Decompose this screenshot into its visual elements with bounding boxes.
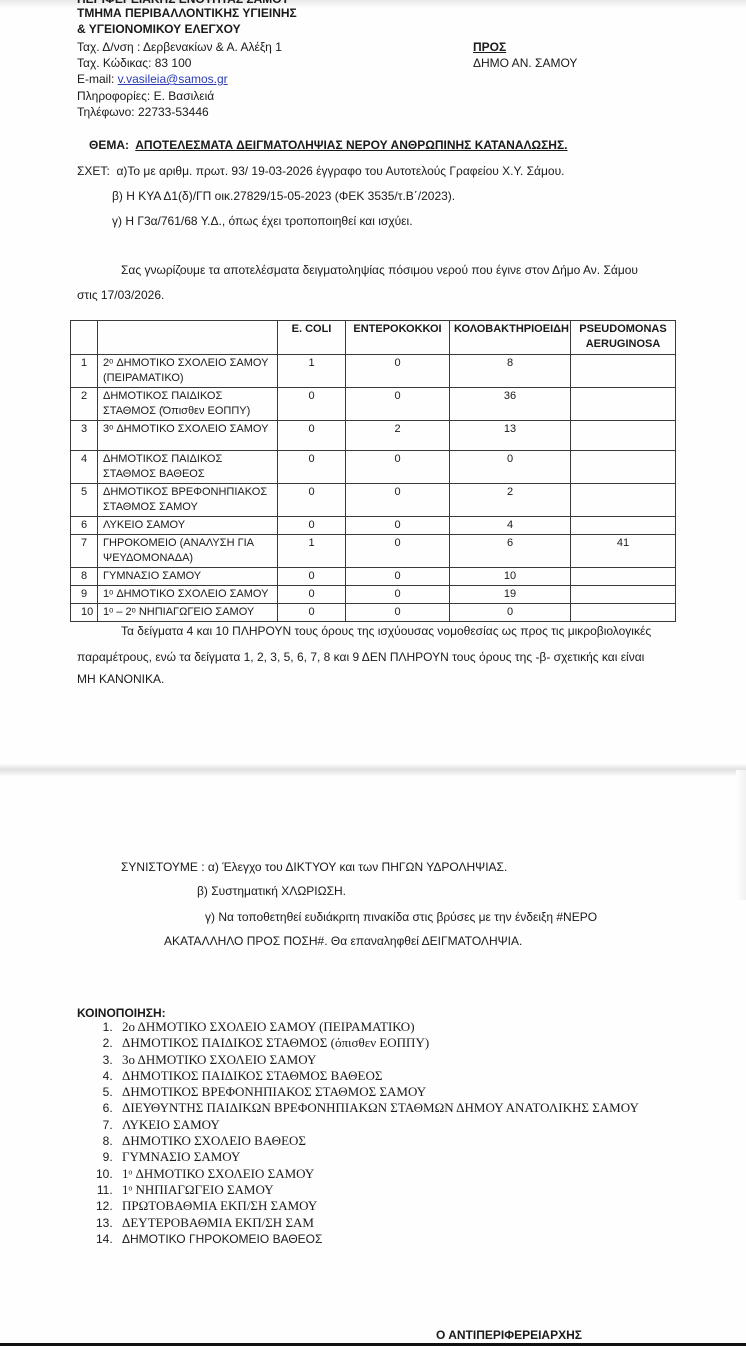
site-name: ΓΗΡΟΚΟΜΕΙΟ (ΑΝΑΛΥΣΗ ΓΙΑ ΨΕΥΔΟΜΟΝΑΔΑ) [98,535,278,568]
distribution-item: ΔΗΜΟΤΙΚΟΣ ΠΑΙΔΙΚΟΣ ΣΤΑΘΜΟΣ ΒΑΘΕΟΣ [116,1068,639,1084]
recommendation-c-line-1: γ) Να τοποθετηθεί ευδιάκριτη πινακίδα στ… [205,909,675,925]
ecoli-value: 0 [278,517,346,535]
ecoli-value: 1 [278,355,346,388]
enterococci-value: 0 [346,355,450,388]
email-link[interactable]: v.vasileia@samos.gr [118,72,228,86]
email-label: E-mail: [77,72,118,86]
coliforms-value: 4 [450,517,571,535]
department-line-2: & ΥΓΕΙΟΝΟΜΙΚΟΥ ΕΛΕΓΧΟΥ [77,21,241,37]
sender-info: Πληροφορίες: Ε. Βασιλειά [77,88,214,104]
enterococci-value: 0 [346,451,450,484]
enterococci-value: 0 [346,517,450,535]
row-number: 8 [71,568,98,586]
coliforms-value: 0 [450,604,571,622]
coliforms-value: 0 [450,451,571,484]
distribution-list: 2ο ΔΗΜΟΤΙΚΟ ΣΧΟΛΕΙΟ ΣΑΜΟΥ (ΠΕΙΡΑΜΑΤΙΚΟ)Δ… [88,1019,639,1247]
ecoli-value: 0 [278,586,346,604]
department-line-1: ΤΜΗΜΑ ΠΕΡΙΒΑΛΛΟΝΤΙΚΗΣ ΥΓΙΕΙΝΗΣ [77,5,297,21]
distribution-item: ΠΡΩΤΟΒΑΘΜΙΑ ΕΚΠ/ΣΗ ΣΑΜΟΥ [116,1198,639,1214]
row-number: 2 [71,388,98,421]
site-name: ΔΗΜΟΤΙΚΟΣ ΠΑΙΔΙΚΟΣ ΣΤΑΘΜΟΣ (Όπισθεν ΕΟΠΠ… [98,388,278,421]
pseudomonas-value [571,604,676,622]
row-number: 1 [71,355,98,388]
sender-address: Ταχ. Δ/νση : Δερβενακίων & Α. Αλέξη 1 [77,39,282,55]
table-row: 33ᵒ ΔΗΜΟΤΙΚΟ ΣΧΟΛΕΙΟ ΣΑΜΟΥ0213 [71,421,676,451]
reference-c: γ) Η Γ3α/761/68 Υ.Δ., όπως έχει τροποποι… [112,213,413,229]
distribution-item: ΓΥΜΝΑΣΙΟ ΣΑΜΟΥ [116,1149,639,1165]
distribution-item: ΔΗΜΟΤΙΚΟ ΣΧΟΛΕΙΟ ΒΑΘΕΟΣ [116,1133,639,1149]
ecoli-value: 1 [278,535,346,568]
ecoli-value: 0 [278,484,346,517]
recommendations-label: ΣΥΝΙΣΤΟΥΜΕ : [121,860,205,874]
row-number: 10 [71,604,98,622]
conclusion-line-3: ΜΗ ΚΑΝΟΝΙΚΑ. [77,671,164,687]
recipient-label: ΠΡΟΣ [473,39,506,55]
distribution-item: 1ᵒ ΔΗΜΟΤΙΚΟ ΣΧΟΛΕΙΟ ΣΑΜΟΥ [116,1166,639,1182]
ecoli-value: 0 [278,568,346,586]
col-header-pseudomonas: PSEUDOMONAS AERUGINOSA [571,321,676,355]
ecoli-value: 0 [278,451,346,484]
table-row: 101ᵒ – 2ᵒ ΝΗΠΙΑΓΩΓΕΙΟ ΣΑΜΟΥ000 [71,604,676,622]
distribution-item: ΔΗΜΟΤΙΚΟ ΓΗΡΟΚΟΜΕΙΟ ΒΑΘΕΟΣ [116,1231,639,1247]
table-row: 2ΔΗΜΟΤΙΚΟΣ ΠΑΙΔΙΚΟΣ ΣΤΑΘΜΟΣ (Όπισθεν ΕΟΠ… [71,388,676,421]
enterococci-value: 0 [346,388,450,421]
enterococci-value: 0 [346,484,450,517]
coliforms-value: 10 [450,568,571,586]
enterococci-value: 0 [346,568,450,586]
coliforms-value: 6 [450,535,571,568]
col-header-index [71,321,98,355]
pseudomonas-value [571,421,676,451]
signature-title: Ο ΑΝΤΙΠΕΡΙΦΕΡΕΙΑΡΧΗΣ [436,1327,582,1343]
sender-postcode: Ταχ. Κώδικας: 83 100 [77,55,191,71]
site-name: 2ᵒ ΔΗΜΟΤΙΚΟ ΣΧΟΛΕΙΟ ΣΑΜΟΥ (ΠΕΙΡΑΜΑΤΙΚΟ) [98,355,278,388]
subject-text: ΑΠΟΤΕΛΕΣΜΑΤΑ ΔΕΙΓΜΑΤΟΛΗΨΙΑΣ ΝΕΡΟΥ ΑΝΘΡΩΠ… [135,138,567,152]
distribution-item: 1ᵒ ΝΗΠΙΑΓΩΓΕΙΟ ΣΑΜΟΥ [116,1182,639,1198]
coliforms-value: 2 [450,484,571,517]
coliforms-value: 19 [450,586,571,604]
row-number: 3 [71,421,98,451]
coliforms-value: 13 [450,421,571,451]
pseudomonas-value [571,355,676,388]
page-edge-shadow [736,770,746,900]
ecoli-value: 0 [278,604,346,622]
row-number: 9 [71,586,98,604]
row-number: 5 [71,484,98,517]
site-name: ΛΥΚΕΙΟ ΣΑΜΟΥ [98,517,278,535]
subject-label: ΘΕΜΑ: [89,138,129,152]
ecoli-value: 0 [278,388,346,421]
distribution-item: 2ο ΔΗΜΟΤΙΚΟ ΣΧΟΛΕΙΟ ΣΑΜΟΥ (ΠΕΙΡΑΜΑΤΙΚΟ) [116,1019,639,1035]
enterococci-value: 2 [346,421,450,451]
recommendation-b: β) Συστηματική ΧΛΩΡΙΩΣΗ. [197,883,346,899]
reference-b: β) Η ΚΥΑ Δ1(δ)/ΓΠ οικ.27829/15-05-2023 (… [112,188,455,204]
pseudomonas-value [571,586,676,604]
reference-a: α)Το με αριθμ. πρωτ. 93/ 19-03-2026 έγγρ… [116,164,564,178]
coliforms-value: 36 [450,388,571,421]
pseudomonas-value [571,568,676,586]
site-name: 1ᵒ ΔΗΜΟΤΙΚΟ ΣΧΟΛΕΙΟ ΣΑΜΟΥ [98,586,278,604]
recipient-name: ΔΗΜΟ ΑΝ. ΣΑΜΟΥ [473,55,577,71]
table-row: 7ΓΗΡΟΚΟΜΕΙΟ (ΑΝΑΛΥΣΗ ΓΙΑ ΨΕΥΔΟΜΟΝΑΔΑ)106… [71,535,676,568]
row-number: 7 [71,535,98,568]
conclusion-line-2: παραμέτρους, ενώ τα δείγματα 1, 2, 3, 5,… [77,649,644,665]
table-row: 6ΛΥΚΕΙΟ ΣΑΜΟΥ004 [71,517,676,535]
col-header-site [98,321,278,355]
intro-line-2: στις 17/03/2026. [77,287,164,303]
enterococci-value: 0 [346,604,450,622]
pseudomonas-value: 41 [571,535,676,568]
table-row: 12ᵒ ΔΗΜΟΤΙΚΟ ΣΧΟΛΕΙΟ ΣΑΜΟΥ (ΠΕΙΡΑΜΑΤΙΚΟ)… [71,355,676,388]
conclusion-line-1: Τα δείγματα 4 και 10 ΠΛΗΡΟΥΝ τους όρους … [121,623,651,639]
references-label: ΣΧΕΤ: [77,164,110,178]
distribution-item: ΔΕΥΤΕΡΟΒΑΘΜΙΑ ΕΚΠ/ΣΗ ΣΑΜ [116,1215,639,1231]
sender-phone: Τηλέφωνο: 22733-53446 [77,104,209,120]
site-name: ΓΥΜΝΑΣΙΟ ΣΑΜΟΥ [98,568,278,586]
table-header-row: E. COLI ΕΝΤΕΡΟΚΟΚΚΟΙ ΚΟΛΟΒΑΚΤΗΡΙΟΕΙΔΗ PS… [71,321,676,355]
recommendation-c-line-2: ΑΚΑΤΑΛΛΗΛΟ ΠΡΟΣ ΠΟΣΗ#. Θα επαναληφθεί ΔΕ… [164,933,522,949]
recommendation-a-row: ΣΥΝΙΣΤΟΥΜΕ : α) Έλεγχο του ΔΙΚΤΥΟΥ και τ… [121,859,507,875]
pseudomonas-value [571,484,676,517]
row-number: 4 [71,451,98,484]
page-break [0,764,746,776]
pseudomonas-value [571,388,676,421]
distribution-item: 3ο ΔΗΜΟΤΙΚΟ ΣΧΟΛΕΙΟ ΣΑΜΟΥ [116,1052,639,1068]
col-header-coliforms: ΚΟΛΟΒΑΚΤΗΡΙΟΕΙΔΗ [450,321,571,355]
table-row: 91ᵒ ΔΗΜΟΤΙΚΟ ΣΧΟΛΕΙΟ ΣΑΜΟΥ0019 [71,586,676,604]
table-row: 4ΔΗΜΟΤΙΚΟΣ ΠΑΙΔΙΚΟΣ ΣΤΑΘΜΟΣ ΒΑΘΕΟΣ000 [71,451,676,484]
distribution-item: ΛΥΚΕΙΟ ΣΑΜΟΥ [116,1117,639,1133]
table-row: 5ΔΗΜΟΤΙΚΟΣ ΒΡΕΦΟΝΗΠΙΑΚΟΣ ΣΤΑΘΜΟΣ ΣΑΜΟΥ00… [71,484,676,517]
enterococci-value: 0 [346,535,450,568]
row-number: 6 [71,517,98,535]
reference-a-row: ΣΧΕΤ: α)Το με αριθμ. πρωτ. 93/ 19-03-202… [77,163,564,179]
enterococci-value: 0 [346,586,450,604]
coliforms-value: 8 [450,355,571,388]
subject-line: ΘΕΜΑ: ΑΠΟΤΕΛΕΣΜΑΤΑ ΔΕΙΓΜΑΤΟΛΗΨΙΑΣ ΝΕΡΟΥ … [89,137,568,153]
recommendation-a: α) Έλεγχο του ΔΙΚΤΥΟΥ και των ΠΗΓΩΝ ΥΔΡΟ… [208,860,507,874]
sender-email-row: E-mail: v.vasileia@samos.gr [77,71,228,87]
distribution-item: ΔΗΜΟΤΙΚΟΣ ΒΡΕΦΟΝΗΠΙΑΚΟΣ ΣΤΑΘΜΟΣ ΣΑΜΟΥ [116,1084,639,1100]
site-name: ΔΗΜΟΤΙΚΟΣ ΠΑΙΔΙΚΟΣ ΣΤΑΘΜΟΣ ΒΑΘΕΟΣ [98,451,278,484]
pseudomonas-value [571,451,676,484]
intro-line-1: Σας γνωρίζουμε τα αποτελέσματα δειγματολ… [121,262,638,278]
distribution-item: ΔΗΜΟΤΙΚΟΣ ΠΑΙΔΙΚΟΣ ΣΤΑΘΜΟΣ (όπισθεν ΕΟΠΠ… [116,1035,639,1051]
col-header-enterococci: ΕΝΤΕΡΟΚΟΚΚΟΙ [346,321,450,355]
results-table: E. COLI ΕΝΤΕΡΟΚΟΚΚΟΙ ΚΟΛΟΒΑΚΤΗΡΙΟΕΙΔΗ PS… [70,320,676,622]
site-name: 3ᵒ ΔΗΜΟΤΙΚΟ ΣΧΟΛΕΙΟ ΣΑΜΟΥ [98,421,278,451]
ecoli-value: 0 [278,421,346,451]
distribution-item: ΔΙΕΥΘΥΝΤΗΣ ΠΑΙΔΙΚΩΝ ΒΡΕΦΟΝΗΠΙΑΚΩΝ ΣΤΑΘΜΩ… [116,1100,639,1116]
site-name: ΔΗΜΟΤΙΚΟΣ ΒΡΕΦΟΝΗΠΙΑΚΟΣ ΣΤΑΘΜΟΣ ΣΑΜΟΥ [98,484,278,517]
table-row: 8ΓΥΜΝΑΣΙΟ ΣΑΜΟΥ0010 [71,568,676,586]
pseudomonas-value [571,517,676,535]
site-name: 1ᵒ – 2ᵒ ΝΗΠΙΑΓΩΓΕΙΟ ΣΑΜΟΥ [98,604,278,622]
col-header-ecoli: E. COLI [278,321,346,355]
